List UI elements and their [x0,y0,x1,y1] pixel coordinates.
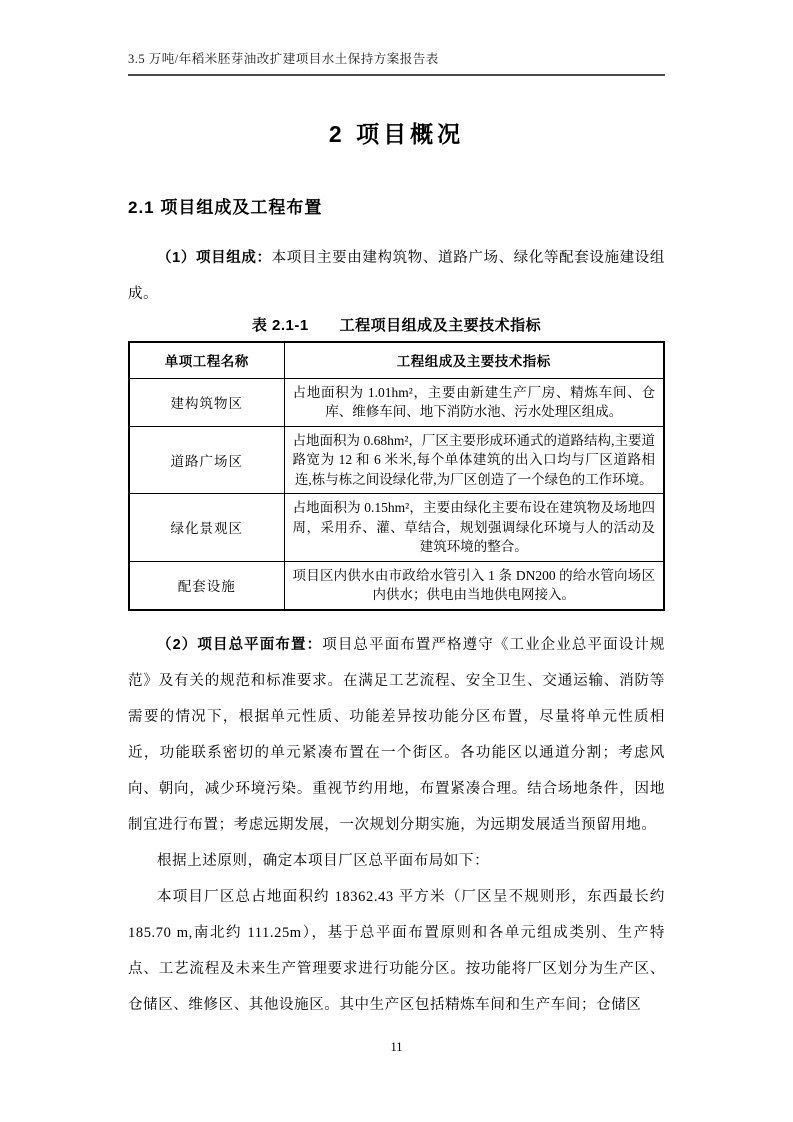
page-content: 3.5 万吨/年稻米胚芽油改扩建项目水土保持方案报告表 2 项目概况 2.1 项… [128,0,665,1023]
row-desc-roads: 占地面积为 0.68hm²，厂区主要形成环通式的道路结构,主要道路宽为 12 和… [284,426,664,494]
paragraph-text-layout: 项目总平面布置严格遵守《工业企业总平面设计规范》及有关的规范和标准要求。在满足工… [128,637,665,833]
row-desc-greening: 占地面积为 0.15hm²，主要由绿化主要布设在建筑物及场地四周，采用乔、灌、草… [284,494,664,562]
page-number: 11 [0,1040,793,1055]
row-desc-utilities: 项目区内供水由市政给水管引入 1 条 DN200 的给水管向场区内供水；供电由当… [284,561,664,610]
paragraph-general-layout: （2）项目总平面布置：项目总平面布置严格遵守《工业企业总平面设计规范》及有关的规… [128,627,665,843]
table-caption: 表 2.1-1 工程项目组成及主要技术指标 [128,314,665,335]
paragraph-text-principle: 根据上述原则，确定本项目厂区总平面布局如下： [157,853,489,869]
section-heading: 2.1 项目组成及工程布置 [128,193,665,218]
column-header-indicators: 工程组成及主要技术指标 [284,342,664,378]
paragraph-site-area: 本项目厂区总占地面积约 18362.43 平方米（厂区呈不规则形，东西最长约 1… [128,879,665,1023]
paragraph-text-site-area: 本项目厂区总占地面积约 18362.43 平方米（厂区呈不规则形，东西最长约 1… [128,889,665,1013]
table-row: 建构筑物区 占地面积为 1.01hm²，主要由新建生产厂房、精炼车间、仓库、维修… [129,378,664,426]
row-desc-buildings: 占地面积为 1.01hm²，主要由新建生产厂房、精炼车间、仓库、维修车间、地下消… [284,378,664,426]
table-header-row: 单项工程名称 工程组成及主要技术指标 [129,342,664,378]
paragraph-lead-layout: （2）项目总平面布置： [157,637,322,653]
table-row: 道路广场区 占地面积为 0.68hm²，厂区主要形成环通式的道路结构,主要道路宽… [129,426,664,494]
chapter-title: 2 项目概况 [128,116,665,149]
row-name-greening: 绿化景观区 [129,494,284,562]
paragraph-principle: 根据上述原则，确定本项目厂区总平面布局如下： [128,843,665,879]
running-header-title: 3.5 万吨/年稻米胚芽油改扩建项目水土保持方案报告表 [128,49,665,67]
running-header: 3.5 万吨/年稻米胚芽油改扩建项目水土保持方案报告表 [128,0,665,76]
row-name-buildings: 建构筑物区 [129,378,284,426]
row-name-roads: 道路广场区 [129,426,284,494]
column-header-project-name: 单项工程名称 [129,342,284,378]
paragraph-project-composition: （1）项目组成：本项目主要由建构筑物、道路广场、绿化等配套设施建设组成。 [128,240,665,312]
table-row: 绿化景观区 占地面积为 0.15hm²，主要由绿化主要布设在建筑物及场地四周，采… [129,494,664,562]
project-components-table: 单项工程名称 工程组成及主要技术指标 建构筑物区 占地面积为 1.01hm²，主… [128,341,665,611]
row-name-utilities: 配套设施 [129,561,284,610]
document-page: 3.5 万吨/年稻米胚芽油改扩建项目水土保持方案报告表 2 项目概况 2.1 项… [0,0,793,1122]
paragraph-lead-composition: （1）项目组成： [157,250,272,266]
table-row: 配套设施 项目区内供水由市政给水管引入 1 条 DN200 的给水管向场区内供水… [129,561,664,610]
